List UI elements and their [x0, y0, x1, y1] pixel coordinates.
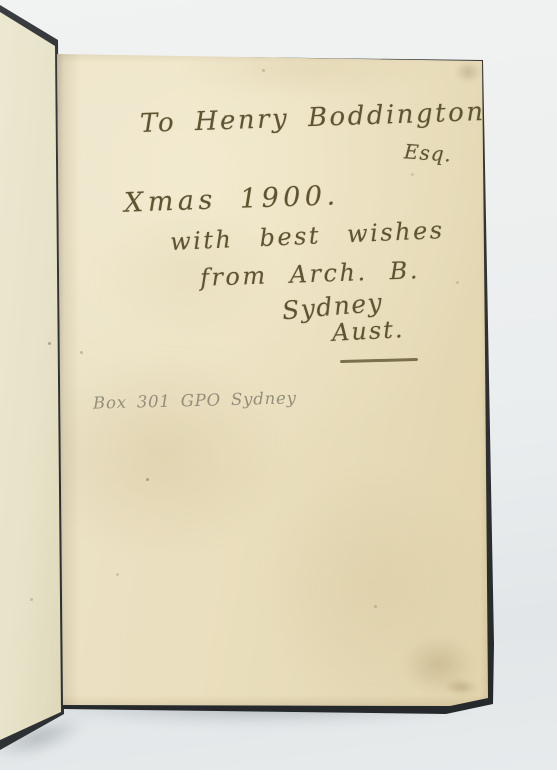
page-stain [181, 41, 431, 96]
inscription-date: Xmas 1900. [124, 180, 341, 219]
page-stain [444, 679, 478, 695]
inscription-flourish-underline [340, 358, 418, 363]
inscription-wishes: with best wishes [170, 216, 446, 256]
page-stain [96, 203, 276, 343]
pencil-owner-note: Box 301 GPO Sydney [93, 388, 297, 412]
page-speck [374, 605, 377, 608]
inscription-country: Aust. [331, 315, 405, 347]
book-photo: To Henry Boddington Esq. Xmas 1900. with… [0, 0, 557, 770]
page-stain [402, 636, 476, 694]
page-speck [30, 598, 33, 601]
left-endpaper [0, 0, 64, 770]
page-speck [146, 478, 149, 481]
page-speck [48, 342, 51, 345]
flyleaf-page: To Henry Boddington Esq. Xmas 1900. with… [56, 53, 492, 711]
page-speck [80, 351, 83, 354]
page-speck [116, 573, 119, 576]
inscription-city: Sydney [281, 288, 384, 326]
inscription-sender: from Arch. B. [200, 256, 421, 292]
page-stain [36, 348, 286, 558]
page-stain [261, 468, 486, 703]
inscription-esq: Esq. [403, 139, 453, 166]
page-speck [456, 281, 459, 284]
page-stain [454, 61, 482, 83]
inscription-recipient: To Henry Boddington [140, 97, 486, 139]
page-speck [411, 173, 414, 176]
page-speck [224, 115, 227, 118]
page-speck [262, 69, 265, 72]
